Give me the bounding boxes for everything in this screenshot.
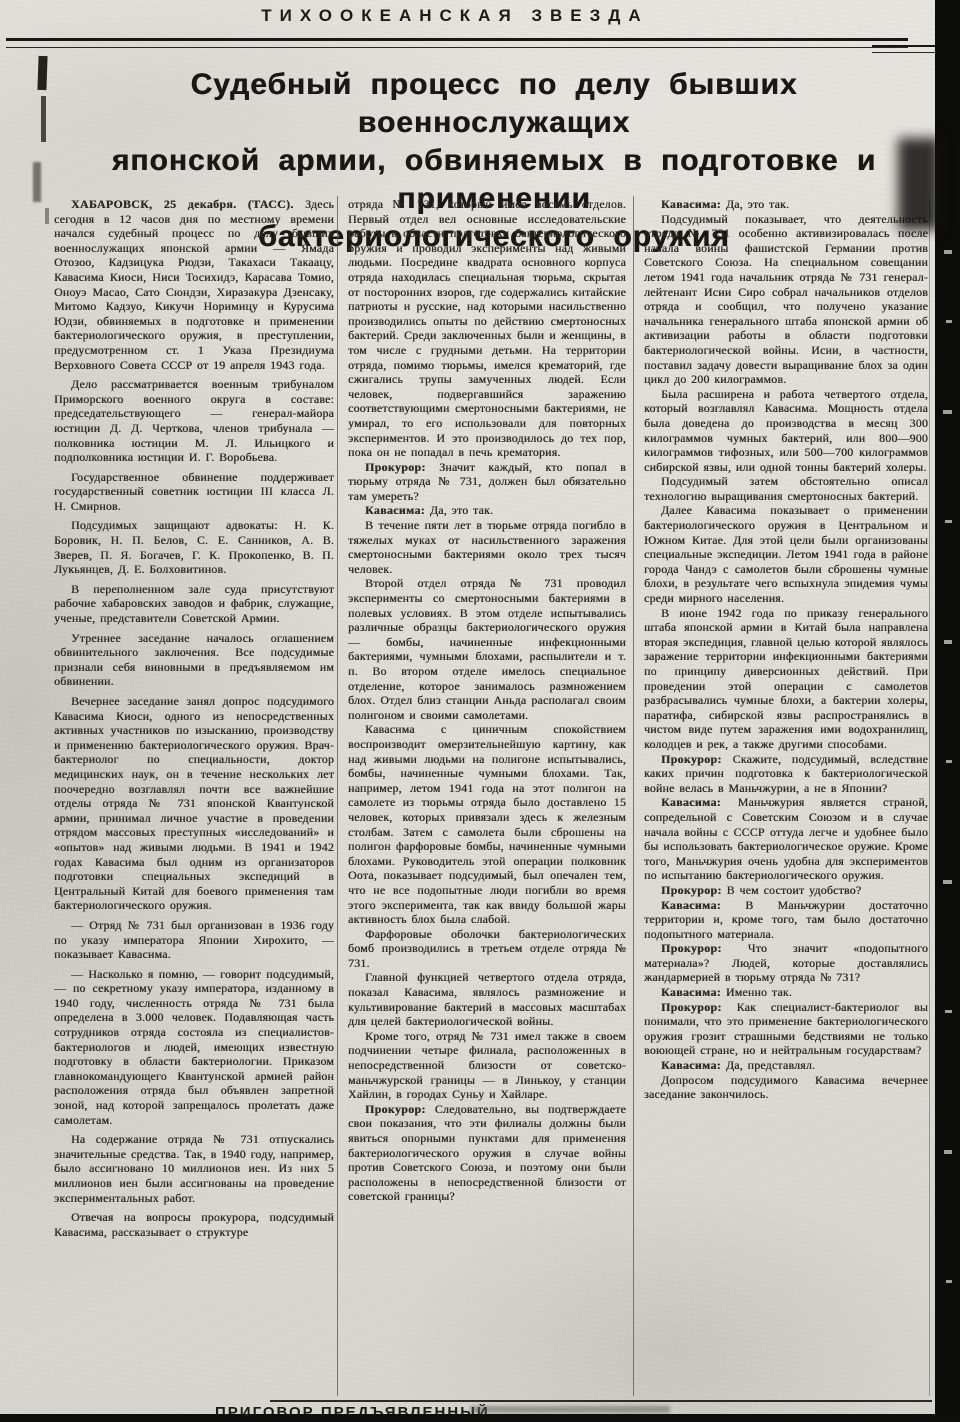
speaker-label: Кавасима: bbox=[365, 503, 430, 517]
article-paragraph: Кавасима: Да, это так. bbox=[348, 503, 626, 518]
article-paragraph: Была расширена и работа четвертого отдел… bbox=[644, 387, 928, 475]
speaker-label: Прокурор: bbox=[365, 1102, 435, 1116]
article-paragraph: Дело рассматривается военным трибуналом … bbox=[54, 377, 334, 465]
article-paragraph: Отвечая на вопросы прокурора, подсудимый… bbox=[54, 1210, 334, 1239]
article-paragraph: В июне 1942 года по приказу генерального… bbox=[644, 606, 928, 752]
article-paragraph: ХАБАРОВСК, 25 декабря. (ТАСС). Здесь сег… bbox=[54, 197, 334, 372]
page-edge-fragments bbox=[943, 880, 952, 884]
article-column-2: отряда № 731, который имел восемь отдело… bbox=[348, 197, 626, 1397]
article-paragraph: Кавасима: Да, представлял. bbox=[644, 1058, 928, 1073]
article-paragraph: Прокурор: В чем состоит удобство? bbox=[644, 883, 928, 898]
speaker-label: Прокурор: bbox=[661, 752, 733, 766]
article-paragraph: Подсудимых защищают адвокаты: Н. К. Боро… bbox=[54, 518, 334, 576]
scan-crease-mark bbox=[45, 208, 49, 224]
article-paragraph: Государственное обвинение поддерживает г… bbox=[54, 470, 334, 514]
scan-corner-shadow bbox=[898, 138, 940, 230]
article-paragraph: Фарфоровые оболочки бактериологических б… bbox=[348, 927, 626, 971]
cutoff-text-smudge bbox=[470, 1406, 670, 1413]
speaker-label: Кавасима: bbox=[661, 985, 726, 999]
article-paragraph: Прокурор: Как специалист-бактериолог вы … bbox=[644, 1000, 928, 1058]
article-paragraph: Кавасима: В Маньчжурии достаточно террит… bbox=[644, 898, 928, 942]
speaker-label: Прокурор: bbox=[661, 883, 727, 897]
article-column-1: ХАБАРОВСК, 25 декабря. (ТАСС). Здесь сег… bbox=[54, 197, 334, 1397]
bottom-section-rule bbox=[270, 1400, 932, 1402]
article-paragraph: В течение пяти лет в тюрьме отряда погиб… bbox=[348, 518, 626, 576]
scan-crease-mark bbox=[33, 162, 41, 202]
article-paragraph: На содержание отряда № 731 отпускались з… bbox=[54, 1132, 334, 1205]
speaker-label: Кавасима: bbox=[661, 1058, 726, 1072]
page-edge-fragments bbox=[946, 760, 952, 763]
column-divider-rule bbox=[337, 196, 338, 1396]
scan-crease-mark bbox=[41, 96, 46, 142]
page-edge-fragments bbox=[943, 410, 952, 414]
article-paragraph: Второй отдел отряда № 731 проводил экспе… bbox=[348, 576, 626, 722]
masthead-title: ТИХООКЕАНСКАЯ ЗВЕЗДА bbox=[0, 6, 910, 26]
speaker-label: Кавасима: bbox=[661, 197, 726, 211]
speaker-label: ХАБАРОВСК, 25 декабря. (ТАСС). bbox=[71, 197, 305, 211]
article-paragraph: Прокурор: Скажите, подсудимый, вследстви… bbox=[644, 752, 928, 796]
speaker-label: Прокурор: bbox=[365, 460, 439, 474]
page-edge-fragments bbox=[944, 250, 952, 254]
page-edge-rule bbox=[929, 196, 930, 1396]
article-paragraph: отряда № 731, который имел восемь отдело… bbox=[348, 197, 626, 460]
scan-bottom-black-bar bbox=[0, 1414, 960, 1422]
speaker-label: Кавасима: bbox=[661, 795, 738, 809]
article-paragraph: В переполненном зале суда присутствуют р… bbox=[54, 582, 334, 626]
article-paragraph: Утреннее заседание началось оглашением о… bbox=[54, 631, 334, 689]
article-paragraph: Главной функцией четвертого отдела отряд… bbox=[348, 970, 626, 1028]
speaker-label: Прокурор: bbox=[661, 1000, 737, 1014]
article-paragraph: Кавасима: Да, это так. bbox=[644, 197, 928, 212]
article-paragraph: — Насколько я помню, — говорит подсудимы… bbox=[54, 967, 334, 1128]
article-paragraph: Кавасима с циничным спокойствием воспрои… bbox=[348, 722, 626, 926]
article-paragraph: Кроме того, отряд № 731 имел также в сво… bbox=[348, 1029, 626, 1102]
article-paragraph: Вечернее заседание занял допрос подсудим… bbox=[54, 694, 334, 913]
page-edge-fragments bbox=[945, 520, 952, 523]
speaker-label: Прокурор: bbox=[661, 941, 748, 955]
article-paragraph: Прокурор: Значит каждый, кто попал в тюр… bbox=[348, 460, 626, 504]
page-edge-fragments bbox=[945, 1010, 952, 1013]
article-paragraph: Допросом подсудимого Кавасима вечернее з… bbox=[644, 1073, 928, 1102]
newspaper-page: ТИХООКЕАНСКАЯ ЗВЕЗДА Судебный процесс по… bbox=[0, 0, 960, 1422]
article-column-3: Кавасима: Да, это так.Подсудимый показыв… bbox=[644, 197, 928, 1397]
article-paragraph: Далее Кавасима показывает о применении б… bbox=[644, 503, 928, 605]
scan-crease-mark bbox=[37, 56, 47, 90]
page-edge-fragments bbox=[946, 320, 952, 323]
headline-line-1: Судебный процесс по делу бывших военносл… bbox=[60, 66, 928, 142]
speaker-label: Кавасима: bbox=[661, 898, 745, 912]
article-paragraph: Кавасима: Именно так. bbox=[644, 985, 928, 1000]
masthead-rule bbox=[6, 38, 908, 48]
article-paragraph: Подсудимый показывает, что деятельность … bbox=[644, 212, 928, 387]
page-edge-fragments bbox=[944, 640, 952, 644]
article-paragraph: Прокурор: Что значит «подопытного матери… bbox=[644, 941, 928, 985]
page-edge-fragments bbox=[944, 1150, 952, 1154]
article-paragraph: Кавасима: Маньчжурия является страной, с… bbox=[644, 795, 928, 883]
article-paragraph: Прокурор: Следовательно, вы подтверждает… bbox=[348, 1102, 626, 1204]
page-edge-fragments bbox=[946, 1280, 952, 1283]
column-divider-rule bbox=[633, 196, 634, 1396]
article-paragraph: Подсудимый затем обстоятельно описал тех… bbox=[644, 474, 928, 503]
article-paragraph: — Отряд № 731 был организован в 1936 год… bbox=[54, 918, 334, 962]
